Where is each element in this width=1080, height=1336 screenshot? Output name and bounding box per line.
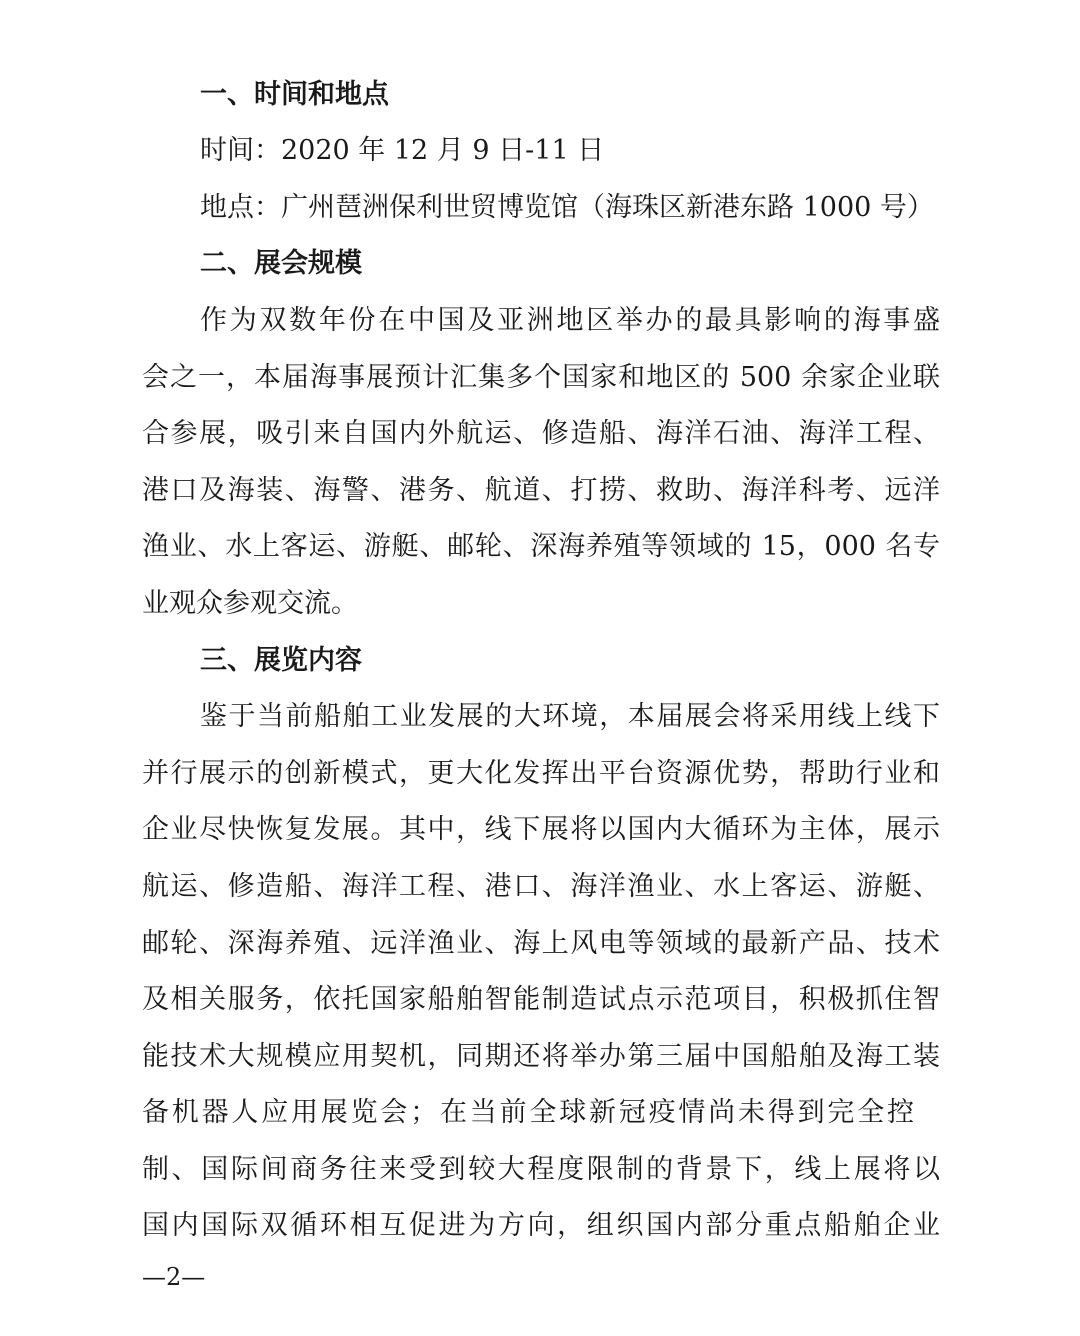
section-heading-scale: 二、展会规模 (200, 247, 362, 281)
paragraph-line: 作为双数年份在中国及亚洲地区举办的最具影响的海事盛 (200, 304, 940, 338)
time-item: 时间：2020 年 12 月 9 日-11 日 (200, 134, 604, 168)
paragraph-line: 能技术大规模应用契机，同期还将举办第三届中国船舶及海工装 (142, 1040, 940, 1074)
section-heading-content: 三、展览内容 (200, 644, 362, 678)
paragraph-line: 会之一，本届海事展预计汇集多个国家和地区的 500 余家企业联 (142, 361, 940, 395)
paragraph-line: 邮轮、深海养殖、远洋渔业、海上风电等领域的最新产品、技术 (142, 927, 940, 961)
paragraph-line: 国内国际双循环相互促进为方向，组织国内部分重点船舶企业 (142, 1209, 940, 1243)
paragraph-line: 企业尽快恢复发展。其中，线下展将以国内大循环为主体，展示 (142, 813, 940, 847)
paragraph-line: 业观众参观交流。 (142, 587, 940, 621)
paragraph-line: 合参展，吸引来自国内外航运、修造船、海洋石油、海洋工程、 (142, 417, 940, 451)
paragraph-line: 备机器人应用展览会；在当前全球新冠疫情尚未得到完全控 (142, 1096, 914, 1130)
paragraph-line: 港口及海装、海警、港务、航道、打捞、救助、海洋科考、远洋 (142, 474, 940, 508)
paragraph-line: 并行展示的创新模式，更大化发挥出平台资源优势，帮助行业和 (142, 757, 940, 791)
paragraph-line: 及相关服务，依托国家船舶智能制造试点示范项目，积极抓住智 (142, 983, 940, 1017)
paragraph-line: 制、国际间商务往来受到较大程度限制的背景下，线上展将以 (142, 1153, 940, 1187)
place-item: 地点：广州琶洲保利世贸博览馆（海珠区新港东路 1000 号） (200, 191, 934, 225)
paragraph-line: 鉴于当前船舶工业发展的大环境，本届展会将采用线上线下 (200, 700, 940, 734)
paragraph-line: 航运、修造船、海洋工程、港口、海洋渔业、水上客运、游艇、 (142, 870, 940, 904)
paragraph-line: 渔业、水上客运、游艇、邮轮、深海养殖等领域的 15，000 名专 (142, 530, 940, 564)
page-number: —2— (142, 1262, 205, 1292)
section-heading-time-place: 一、时间和地点 (200, 78, 389, 112)
